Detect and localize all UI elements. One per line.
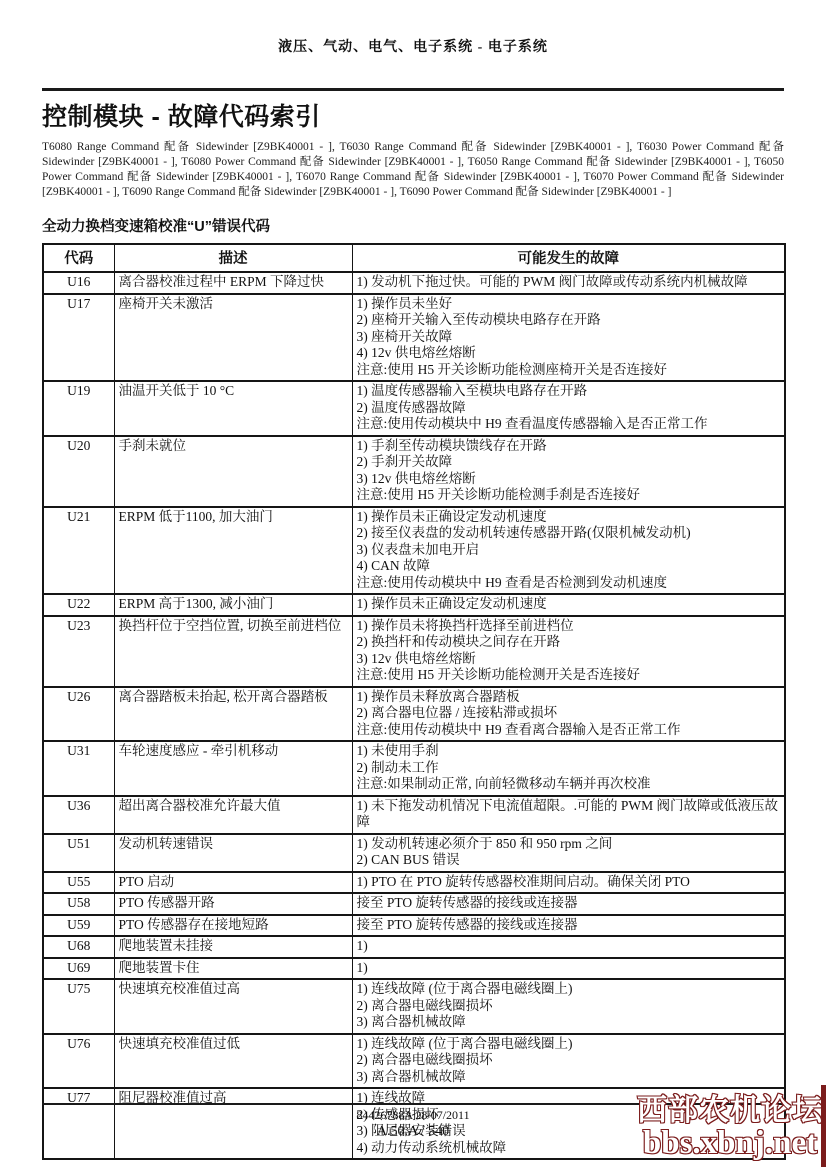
- fault-line: 2) 离合器电磁线圈损坏: [357, 1052, 781, 1069]
- fault-causes-cell: 1) 连线故障 (位于离合器电磁线圈上)2) 离合器电磁线圈损坏3) 离合器机械…: [352, 979, 785, 1034]
- fault-line: 3) 座椅开关故障: [357, 329, 781, 346]
- fault-causes-cell: 接至 PTO 旋转传感器的接线或连接器: [352, 893, 785, 915]
- fault-desc-cell: 快速填充校准值过低: [114, 1034, 352, 1089]
- fault-desc-cell: 快速填充校准值过高: [114, 979, 352, 1034]
- fault-line: 注意:使用 H5 开关诊断功能检测手刹是否连接好: [357, 487, 781, 504]
- fault-desc-cell: 油温开关低于 10 °C: [114, 381, 352, 436]
- fault-line: 1) 未使用手刹: [357, 743, 781, 760]
- fault-code-cell: U55: [43, 872, 114, 894]
- fault-causes-cell: 1) 操作员未正确设定发动机速度2) 接至仪表盘的发动机转速传感器开路(仅限机械…: [352, 507, 785, 595]
- table-row: U21 ERPM 低于1100, 加大油门 1) 操作员未正确设定发动机速度2)…: [43, 507, 785, 595]
- fault-line: 2) 温度传感器故障: [357, 400, 781, 417]
- fault-causes-cell: 1) 操作员未坐好2) 座椅开关输入至传动模块电路存在开路3) 座椅开关故障4)…: [352, 294, 785, 382]
- fault-line: 注意:使用 H5 开关诊断功能检测开关是否连接好: [357, 667, 781, 684]
- fault-line: 4) 12v 供电熔丝熔断: [357, 345, 781, 362]
- fault-desc-cell: 发动机转速错误: [114, 834, 352, 872]
- fault-line: 1) 操作员未将换挡杆选择至前进档位: [357, 618, 781, 635]
- fault-line: 3) 离合器机械故障: [357, 1069, 781, 1086]
- fault-desc-cell: 超出离合器校准允许最大值: [114, 796, 352, 834]
- fault-line: 2) 手刹开关故障: [357, 454, 781, 471]
- fault-code-cell: U58: [43, 893, 114, 915]
- fault-line: 注意:使用传动模块中 H9 查看温度传感器输入是否正常工作: [357, 416, 781, 433]
- fault-code-cell: U21: [43, 507, 114, 595]
- fault-line: 1) 发动机转速必须介于 850 和 950 rpm 之间: [357, 836, 781, 853]
- fault-code-table: 代码 描述 可能发生的故障 U16 离合器校准过程中 ERPM 下降过快 1) …: [42, 243, 786, 1160]
- page-title: 控制模块 - 故障代码索引: [42, 97, 784, 133]
- section-heading: 全动力换档变速箱校准“U”错误代码: [42, 215, 784, 236]
- fault-line: 2) CAN BUS 错误: [357, 852, 781, 869]
- fault-causes-cell: 1) 操作员未正确设定发动机速度: [352, 594, 785, 616]
- fault-causes-cell: 1) 连线故障 (位于离合器电磁线圈上)2) 离合器电磁线圈损坏3) 离合器机械…: [352, 1034, 785, 1089]
- table-row: U36 超出离合器校准允许最大值 1) 未下拖发动机情况下电流值超限。.可能的 …: [43, 796, 785, 834]
- fault-desc-cell: 换挡杆位于空挡位置, 切换至前进档位: [114, 616, 352, 687]
- fault-desc-cell: PTO 传感器存在接地短路: [114, 915, 352, 937]
- fault-desc-cell: 离合器校准过程中 ERPM 下降过快: [114, 272, 352, 294]
- header-row: 代码 描述 可能发生的故障: [43, 244, 785, 272]
- fault-line: 注意:使用传动模块中 H9 查看是否检测到发动机速度: [357, 575, 781, 592]
- fault-code-cell: U51: [43, 834, 114, 872]
- fault-code-cell: U17: [43, 294, 114, 382]
- column-header-desc: 描述: [114, 244, 352, 272]
- column-header-code: 代码: [43, 244, 114, 272]
- fault-line: 2) 制动未工作: [357, 760, 781, 777]
- fault-desc-cell: PTO 传感器开路: [114, 893, 352, 915]
- fault-line: 接至 PTO 旋转传感器的接线或连接器: [357, 917, 781, 934]
- fault-line: 3) 仪表盘未加电开启: [357, 542, 781, 559]
- table-row: U19 油温开关低于 10 °C 1) 温度传感器输入至模块电路存在开路2) 温…: [43, 381, 785, 436]
- fault-line: 2) 换挡杆和传动模块之间存在开路: [357, 634, 781, 651]
- fault-code-cell: U23: [43, 616, 114, 687]
- column-header-fault: 可能发生的故障: [352, 244, 785, 272]
- table-row: U69 爬地装置卡住 1): [43, 958, 785, 980]
- fault-desc-cell: 爬地装置未挂接: [114, 936, 352, 958]
- table-row: U22 ERPM 高于1300, 减小油门 1) 操作员未正确设定发动机速度: [43, 594, 785, 616]
- fault-causes-cell: 1) 未使用手刹2) 制动未工作注意:如果制动正常, 向前轻微移动车辆并再次校准: [352, 741, 785, 796]
- fault-table-header: 代码 描述 可能发生的故障: [43, 244, 785, 272]
- fault-code-cell: U16: [43, 272, 114, 294]
- fault-causes-cell: 1) 温度传感器输入至模块电路存在开路2) 温度传感器故障注意:使用传动模块中 …: [352, 381, 785, 436]
- fault-line: 1): [357, 960, 781, 977]
- fault-code-cell: U76: [43, 1034, 114, 1089]
- table-row: U51 发动机转速错误 1) 发动机转速必须介于 850 和 950 rpm 之…: [43, 834, 785, 872]
- table-row: U59 PTO 传感器存在接地短路 接至 PTO 旋转传感器的接线或连接器: [43, 915, 785, 937]
- table-row: U23 换挡杆位于空挡位置, 切换至前进档位 1) 操作员未将换挡杆选择至前进档…: [43, 616, 785, 687]
- fault-desc-cell: 车轮速度感应 - 牵引机移动: [114, 741, 352, 796]
- fault-table-body: U16 离合器校准过程中 ERPM 下降过快 1) 发动机下拖过快。可能的 PW…: [43, 272, 785, 1159]
- fault-line: 1) 操作员未坐好: [357, 296, 781, 313]
- fault-line: 1) 发动机下拖过快。可能的 PWM 阀门故障或传动系统内机械故障: [357, 274, 781, 291]
- fault-code-cell: U36: [43, 796, 114, 834]
- table-row: U16 离合器校准过程中 ERPM 下降过快 1) 发动机下拖过快。可能的 PW…: [43, 272, 785, 294]
- fault-line: 1) 连线故障 (位于离合器电磁线圈上): [357, 981, 781, 998]
- fault-code-cell: U19: [43, 381, 114, 436]
- watermark-forum-url: bbs.xbnj.net: [637, 1126, 823, 1161]
- watermark-edge-strip: [821, 1085, 826, 1167]
- fault-line: 1) PTO 在 PTO 旋转传感器校准期间启动。确保关闭 PTO: [357, 874, 781, 891]
- fault-line: 1) 操作员未正确设定发动机速度: [357, 596, 781, 613]
- fault-code-cell: U20: [43, 436, 114, 507]
- page-content: 液压、气动、电气、电子系统 - 电子系统 控制模块 - 故障代码索引 T6080…: [0, 0, 826, 1160]
- table-row: U76 快速填充校准值过低 1) 连线故障 (位于离合器电磁线圈上)2) 离合器…: [43, 1034, 785, 1089]
- fault-code-cell: U26: [43, 687, 114, 742]
- fault-causes-cell: 1): [352, 958, 785, 980]
- fault-code-cell: U22: [43, 594, 114, 616]
- chapter-header: 液压、气动、电气、电子系统 - 电子系统: [42, 36, 784, 56]
- fault-desc-cell: ERPM 高于1300, 减小油门: [114, 594, 352, 616]
- fault-desc-cell: 座椅开关未激活: [114, 294, 352, 382]
- fault-line: 1) 未下拖发动机情况下电流值超限。.可能的 PWM 阀门故障或低液压故障: [357, 798, 781, 831]
- model-applicability-text: T6080 Range Command 配备 Sidewinder [Z9BK4…: [42, 140, 784, 200]
- fault-causes-cell: 接至 PTO 旋转传感器的接线或连接器: [352, 915, 785, 937]
- fault-line: 1) 连线故障 (位于离合器电磁线圈上): [357, 1036, 781, 1053]
- fault-causes-cell: 1) 操作员未释放离合器踏板2) 离合器电位器 / 连接粘滞或损坏注意:使用传动…: [352, 687, 785, 742]
- fault-line: 注意:使用传动模块中 H9 查看离合器输入是否正常工作: [357, 722, 781, 739]
- fault-causes-cell: 1) 未下拖发动机情况下电流值超限。.可能的 PWM 阀门故障或低液压故障: [352, 796, 785, 834]
- fault-causes-cell: 1) 手刹至传动模块馈线存在开路2) 手刹开关故障3) 12v 供电熔丝熔断注意…: [352, 436, 785, 507]
- fault-line: 1) 操作员未释放离合器踏板: [357, 689, 781, 706]
- fault-desc-cell: ERPM 低于1100, 加大油门: [114, 507, 352, 595]
- fault-desc-cell: 爬地装置卡住: [114, 958, 352, 980]
- manual-page: 液压、气动、电气、电子系统 - 电子系统 控制模块 - 故障代码索引 T6080…: [0, 0, 826, 1169]
- watermark-forum-name: 西部农机论坛: [637, 1095, 823, 1127]
- fault-line: 1) 手刹至传动模块馈线存在开路: [357, 438, 781, 455]
- table-row: U58 PTO 传感器开路 接至 PTO 旋转传感器的接线或连接器: [43, 893, 785, 915]
- fault-causes-cell: 1) 发动机转速必须介于 850 和 950 rpm 之间2) CAN BUS …: [352, 834, 785, 872]
- fault-causes-cell: 1) PTO 在 PTO 旋转传感器校准期间启动。确保关闭 PTO: [352, 872, 785, 894]
- fault-desc-cell: PTO 启动: [114, 872, 352, 894]
- table-row: U68 爬地装置未挂接 1): [43, 936, 785, 958]
- fault-line: 4) CAN 故障: [357, 558, 781, 575]
- fault-line: 1): [357, 938, 781, 955]
- fault-line: 1) 温度传感器输入至模块电路存在开路: [357, 383, 781, 400]
- fault-line: 2) 离合器电位器 / 连接粘滞或损坏: [357, 705, 781, 722]
- fault-line: 2) 座椅开关输入至传动模块电路存在开路: [357, 312, 781, 329]
- table-row: U17 座椅开关未激活 1) 操作员未坐好2) 座椅开关输入至传动模块电路存在开…: [43, 294, 785, 382]
- fault-line: 2) 接至仪表盘的发动机转速传感器开路(仅限机械发动机): [357, 525, 781, 542]
- table-row: U31 车轮速度感应 - 牵引机移动 1) 未使用手刹2) 制动未工作注意:如果…: [43, 741, 785, 796]
- fault-code-cell: U59: [43, 915, 114, 937]
- table-row: U26 离合器踏板未抬起, 松开离合器踏板 1) 操作员未释放离合器踏板2) 离…: [43, 687, 785, 742]
- table-row: U20 手刹未就位 1) 手刹至传动模块馈线存在开路2) 手刹开关故障3) 12…: [43, 436, 785, 507]
- fault-causes-cell: 1) 发动机下拖过快。可能的 PWM 阀门故障或传动系统内机械故障: [352, 272, 785, 294]
- table-row: U55 PTO 启动 1) PTO 在 PTO 旋转传感器校准期间启动。确保关闭…: [43, 872, 785, 894]
- fault-code-cell: U31: [43, 741, 114, 796]
- fault-desc-cell: 离合器踏板未抬起, 松开离合器踏板: [114, 687, 352, 742]
- fault-line: 3) 离合器机械故障: [357, 1014, 781, 1031]
- fault-causes-cell: 1): [352, 936, 785, 958]
- fault-causes-cell: 1) 操作员未将换挡杆选择至前进档位2) 换挡杆和传动模块之间存在开路3) 12…: [352, 616, 785, 687]
- header-rule: [42, 88, 784, 91]
- fault-line: 3) 12v 供电熔丝熔断: [357, 471, 781, 488]
- fault-line: 3) 12v 供电熔丝熔断: [357, 651, 781, 668]
- fault-code-cell: U69: [43, 958, 114, 980]
- fault-code-cell: U68: [43, 936, 114, 958]
- fault-line: 1) 操作员未正确设定发动机速度: [357, 509, 781, 526]
- fault-code-cell: U75: [43, 979, 114, 1034]
- fault-desc-cell: 手刹未就位: [114, 436, 352, 507]
- forum-watermark: 西部农机论坛 bbs.xbnj.net: [637, 1095, 823, 1161]
- fault-line: 2) 离合器电磁线圈损坏: [357, 998, 781, 1015]
- fault-line: 接至 PTO 旋转传感器的接线或连接器: [357, 895, 781, 912]
- table-row: U75 快速填充校准值过高 1) 连线故障 (位于离合器电磁线圈上)2) 离合器…: [43, 979, 785, 1034]
- fault-line: 注意:如果制动正常, 向前轻微移动车辆并再次校准: [357, 776, 781, 793]
- fault-line: 注意:使用 H5 开关诊断功能检测座椅开关是否连接好: [357, 362, 781, 379]
